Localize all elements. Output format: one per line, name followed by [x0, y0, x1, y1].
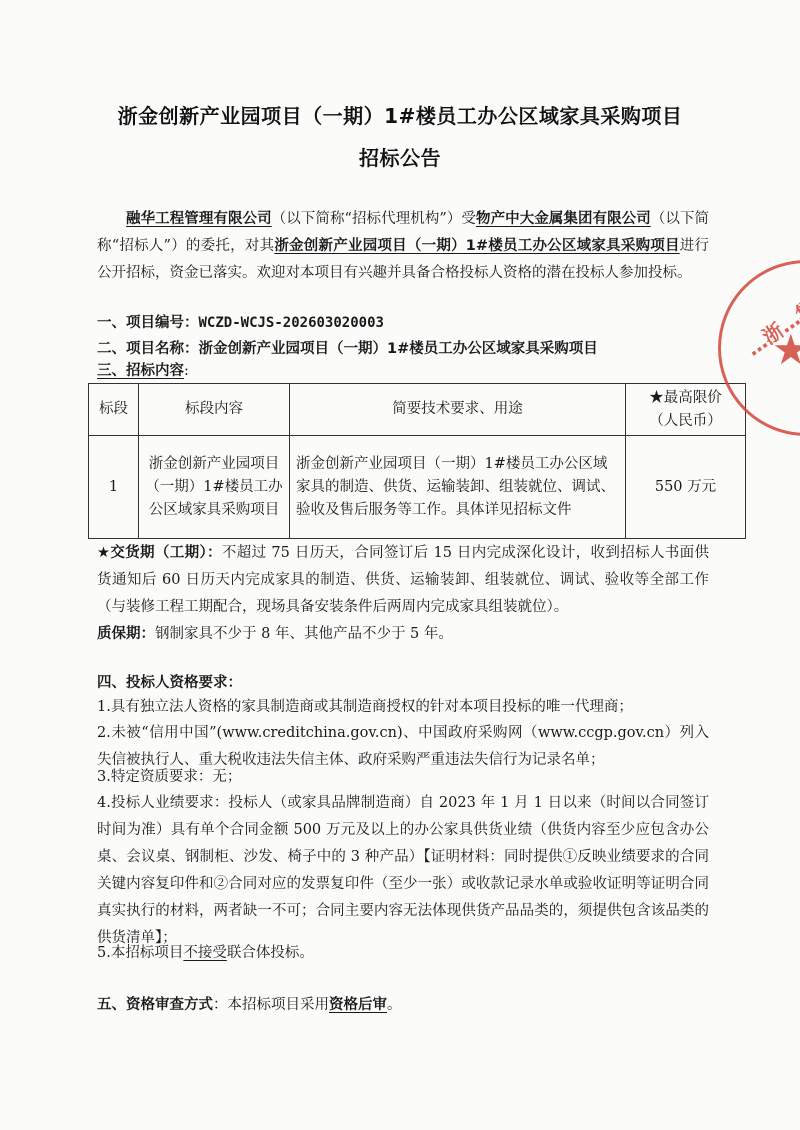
- project-number: WCZD-WCJS-202603020003: [199, 315, 384, 331]
- cell-max-price: 550 万元: [626, 436, 746, 539]
- header-requirements: 简要技术要求、用途: [290, 384, 626, 436]
- warranty-period: 质保期：钢制家具不少于 8 年、其他产品不少于 5 年。: [97, 621, 737, 648]
- section5-text: 本招标项目采用: [228, 997, 330, 1013]
- delivery-label: ★交货期（工期）：: [97, 545, 222, 561]
- agency-name: 融华工程管理有限公司: [126, 211, 272, 227]
- document-subtitle: 招标公告: [0, 142, 800, 171]
- section-bid-content: 三、招标内容:: [97, 358, 737, 385]
- cell-content: 浙金创新产业园项目（一期）1#楼员工办公区域家具采购项目: [139, 436, 290, 539]
- section-project-number: 一、项目编号：WCZD-WCJS-202603020003: [97, 310, 737, 337]
- section1-label: 一、项目编号：: [97, 315, 199, 331]
- bid-table: 标段 标段内容 简要技术要求、用途 ★最高限价 （人民币） 1 浙金创新产业园项…: [88, 383, 746, 539]
- item5-prefix: 5.本招标项目: [97, 945, 183, 961]
- requirement-item-4: 4.投标人业绩要求：投标人（或家具品牌制造商）自 2023 年 1 月 1 日以…: [97, 790, 709, 952]
- colon: :: [184, 363, 189, 379]
- requirement-item-5: 5.本招标项目不接受联合体投标。: [97, 940, 737, 967]
- warranty-text: 钢制家具不少于 8 年、其他产品不少于 5 年。: [155, 626, 453, 642]
- section5-underlined: 资格后审: [329, 997, 387, 1013]
- requirement-item-3: 3.特定资质要求：无；: [97, 764, 709, 791]
- requirement-item-1: 1.具有独立法人资格的家具制造商或其制造商授权的针对本项目投标的唯一代理商；: [97, 694, 709, 721]
- intro-paragraph: 融华工程管理有限公司（以下简称“招标代理机构”）受物产中大金属集团有限公司（以下…: [97, 206, 709, 287]
- table-header-row: 标段 标段内容 简要技术要求、用途 ★最高限价 （人民币）: [89, 384, 746, 436]
- table-row: 1 浙金创新产业园项目（一期）1#楼员工办公区域家具采购项目 浙金创新产业园项目…: [89, 436, 746, 539]
- header-content: 标段内容: [139, 384, 290, 436]
- colon: ：: [213, 997, 228, 1013]
- intro-text-1: （以下简称“招标代理机构”）受: [272, 211, 476, 227]
- header-max-price-line1: ★最高限价: [630, 387, 741, 410]
- section4-label: 四、投标人资格要求：: [97, 675, 242, 691]
- section5: 五、资格审查方式：本招标项目采用资格后审。: [97, 992, 737, 1019]
- cell-lot: 1: [89, 436, 139, 539]
- seal-star-icon: ★: [772, 325, 800, 374]
- document-title: 浙金创新产业园项目（一期）1#楼员工办公区域家具采购项目: [0, 100, 800, 129]
- section4-heading: 四、投标人资格要求：: [97, 670, 737, 697]
- project-name-value: 浙金创新产业园项目（一期）1#楼员工办公区域家具采购项目: [199, 341, 598, 357]
- warranty-label: 质保期：: [97, 626, 155, 642]
- cell-requirements: 浙金创新产业园项目（一期）1#楼员工办公区域家具的制造、供货、运输装卸、组装就位…: [290, 436, 626, 539]
- header-max-price-line2: （人民币）: [630, 410, 741, 433]
- item5-suffix: 联合体投标。: [227, 945, 314, 961]
- delivery-period: ★交货期（工期）：不超过 75 日历天，合同签订后 15 日内完成深化设计，收到…: [97, 540, 709, 621]
- header-max-price: ★最高限价 （人民币）: [626, 384, 746, 436]
- section3-label: 三、招标内容: [97, 363, 184, 379]
- item5-underlined: 不接受: [183, 945, 227, 961]
- tenderer-name: 物产中大金属集团有限公司: [476, 211, 651, 227]
- section5-label: 五、资格审查方式: [97, 997, 213, 1013]
- section5-end: 。: [387, 997, 402, 1013]
- header-lot: 标段: [89, 384, 139, 436]
- section2-label: 二、项目名称：: [97, 341, 199, 357]
- project-name: 浙金创新产业园项目（一期）1#楼员工办公区域家具采购项目: [274, 238, 679, 254]
